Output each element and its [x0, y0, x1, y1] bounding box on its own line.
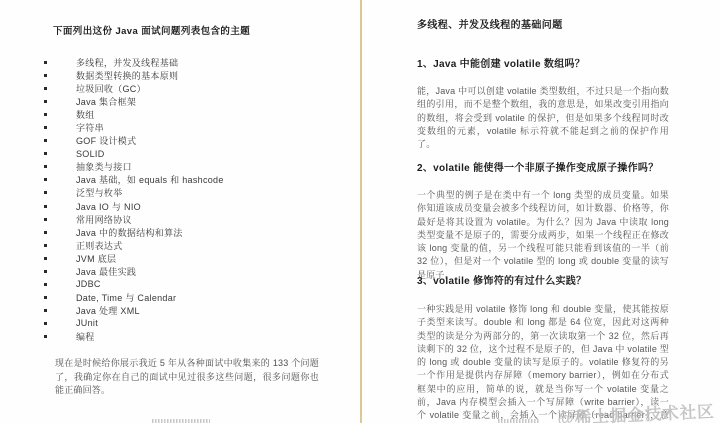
topic-label: Java IO 与 NIO: [76, 200, 141, 213]
topic-label: 多线程，并发及线程基础: [76, 56, 178, 69]
bullet-icon: [44, 74, 47, 77]
list-item: SOLID: [44, 147, 344, 160]
topic-label: Java 处理 XML: [76, 304, 140, 317]
topic-label: Java 集合框架: [76, 95, 136, 108]
bullet-icon: [44, 335, 47, 338]
list-item: 数据类型转换的基本原则: [44, 69, 344, 82]
list-item: 常用网络协议: [44, 213, 344, 226]
question-1-answer: 能，Java 中可以创建 volatile 类型数组，不过只是一个指向数组的引用…: [417, 85, 669, 151]
list-item: 垃圾回收（GC）: [44, 82, 344, 95]
topic-label: GOF 设计模式: [76, 134, 136, 147]
bullet-icon: [44, 61, 47, 64]
closing-paragraph: 现在是时候给你展示我近 5 年从各种面试中收集来的 133 个问题了，我确定你在…: [55, 357, 319, 398]
bullet-icon: [44, 178, 47, 181]
bullet-icon: [44, 113, 47, 116]
topic-label: JVM 底层: [76, 252, 116, 265]
bullet-icon: [44, 152, 47, 155]
list-item: JDBC: [44, 278, 344, 291]
topic-label: 常用网络协议: [76, 213, 132, 226]
topic-label: JUnit: [76, 318, 98, 328]
bullet-icon: [44, 205, 47, 208]
list-item: Java 中的数据结构和算法: [44, 226, 344, 239]
bullet-icon: [44, 191, 47, 194]
list-item: 数组: [44, 108, 344, 121]
topic-label: 正则表达式: [76, 239, 123, 252]
list-item: Java 最佳实践: [44, 265, 344, 278]
list-item: 字符串: [44, 121, 344, 134]
bullet-icon: [44, 139, 47, 142]
left-document-page: 下面列出这份 Java 面试问题列表包含的主题 多线程，并发及线程基础 数据类型…: [0, 0, 360, 423]
list-item: 多线程，并发及线程基础: [44, 56, 344, 69]
left-page-footer-smudge: [152, 419, 210, 423]
right-document-page: 多线程、并发及线程的基础问题 1、Java 中能创建 volatile 数组吗？…: [360, 0, 720, 423]
right-page-footer-smudge: [498, 419, 540, 423]
question-1-heading: 1、Java 中能创建 volatile 数组吗？: [417, 55, 585, 70]
topic-label: 抽象类与接口: [76, 160, 132, 173]
bullet-icon: [44, 283, 47, 286]
bullet-icon: [44, 100, 47, 103]
bullet-icon: [44, 244, 47, 247]
list-item: GOF 设计模式: [44, 134, 344, 147]
topic-label: Java 最佳实践: [76, 265, 136, 278]
bullet-icon: [44, 126, 47, 129]
bullet-icon: [44, 296, 47, 299]
question-2-answer: 一个典型的例子是在类中有一个 long 类型的成员变量。如果你知道该成员变量会被…: [417, 189, 669, 282]
topic-label: SOLID: [76, 149, 105, 159]
bullet-icon: [44, 231, 47, 234]
bullet-icon: [44, 270, 47, 273]
topic-label: Java 基础，如 equals 和 hashcode: [76, 173, 224, 186]
list-item: Java 基础，如 equals 和 hashcode: [44, 173, 344, 186]
question-3-heading: 3、volatile 修饰符的有过什么实践？: [417, 272, 586, 287]
list-item: Java IO 与 NIO: [44, 200, 344, 213]
topic-label: 垃圾回收（GC）: [76, 82, 146, 95]
bullet-icon: [44, 257, 47, 260]
bullet-icon: [44, 165, 47, 168]
topic-label: JDBC: [76, 279, 101, 289]
left-page-title: 下面列出这份 Java 面试问题列表包含的主题: [53, 23, 250, 37]
right-page-content: 多线程、并发及线程的基础问题 1、Java 中能创建 volatile 数组吗？…: [417, 0, 669, 423]
list-item: JVM 底层: [44, 252, 344, 265]
bullet-icon: [44, 309, 47, 312]
topic-list: 多线程，并发及线程基础 数据类型转换的基本原则 垃圾回收（GC） Java 集合…: [44, 56, 344, 343]
topic-label: 泛型与枚举: [76, 186, 123, 199]
topic-label: 字符串: [76, 121, 104, 134]
list-item: 编程: [44, 330, 344, 343]
list-item: 正则表达式: [44, 239, 344, 252]
list-item: Java 处理 XML: [44, 304, 344, 317]
topic-label: 数组: [76, 108, 95, 121]
list-item: Date, Time 与 Calendar: [44, 291, 344, 304]
list-item: 泛型与枚举: [44, 186, 344, 199]
topic-label: Date, Time 与 Calendar: [76, 291, 176, 304]
bullet-icon: [44, 322, 47, 325]
list-item: JUnit: [44, 317, 344, 330]
topic-label: 编程: [76, 330, 95, 343]
section-title: 多线程、并发及线程的基础问题: [417, 16, 563, 31]
bullet-icon: [44, 87, 47, 90]
bullet-icon: [44, 218, 47, 221]
list-item: 抽象类与接口: [44, 160, 344, 173]
topic-label: Java 中的数据结构和算法: [76, 226, 183, 239]
list-item: Java 集合框架: [44, 95, 344, 108]
topic-label: 数据类型转换的基本原则: [76, 69, 178, 82]
question-2-heading: 2、volatile 能使得一个非原子操作变成原子操作吗？: [417, 159, 659, 174]
